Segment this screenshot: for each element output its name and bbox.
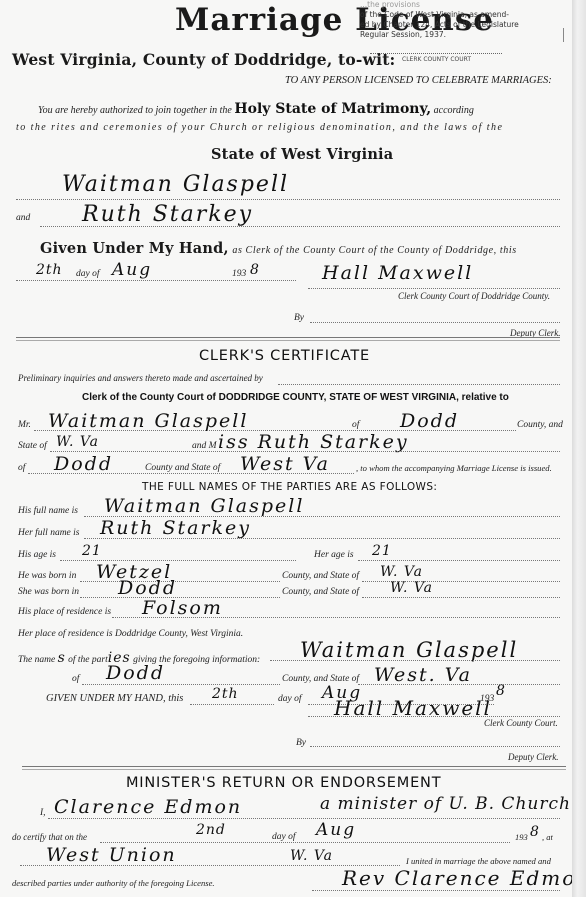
mr-state: W. Va (56, 434, 99, 450)
authority-text: described parties under authority of the… (12, 878, 215, 888)
code-notice-line: ...the provisions (360, 0, 519, 10)
informant-prefix: The name (18, 655, 55, 665)
license-day: 2th (36, 262, 63, 278)
groom-line (16, 199, 560, 200)
miss-state: West Va (240, 453, 330, 475)
minister-signature: Rev Clarence Edmon (342, 866, 586, 890)
to-whom-text: , to whom the accompanying Marriage Lice… (356, 463, 552, 473)
clerk-relative-line: Clerk of the County Court of DODDRIDGE C… (82, 392, 509, 403)
deputy-line (310, 322, 560, 323)
clerks-certificate-title: CLERK'S CERTIFICATE (199, 348, 370, 364)
of-label: of (352, 420, 359, 430)
marriage-place-state: W. Va (290, 848, 333, 864)
state-county-header: West Virginia, County of Doddridge, to-w… (12, 50, 395, 69)
preliminary-line (278, 384, 560, 385)
code-notice: ...the provisions of the Code of West Vi… (360, 0, 519, 40)
cert-day-of-label: day of (278, 694, 301, 704)
by-label: By (294, 313, 304, 323)
county-state-label: County, and State of (282, 571, 359, 581)
she-born-county: Dodd (118, 577, 177, 599)
at-label: , at (542, 832, 553, 842)
margin-mark (563, 28, 564, 42)
day-of-label: day of (76, 269, 99, 279)
county-state-label-2: County, and State of (282, 587, 359, 597)
state-name: State of West Virginia (211, 146, 393, 163)
parties-title: THE FULL NAMES OF THE PARTIES ARE AS FOL… (142, 481, 437, 493)
minister-line (48, 818, 560, 819)
informant-name: Waitman Glaspell (300, 638, 518, 662)
authorization-line-2: to the rites and ceremonies of your Chur… (16, 122, 503, 133)
minister-signature-line (312, 890, 560, 891)
clerk-signature: Hall Maxwell (322, 262, 473, 284)
minister-year: 8 (530, 824, 540, 840)
addressee: TO ANY PERSON LICENSED TO CELEBRATE MARR… (285, 75, 552, 86)
his-full-name-label: His full name is (18, 506, 78, 516)
cert-day: 2th (212, 686, 239, 702)
clerk-caption: Clerk County Court of Doddridge County. (398, 291, 550, 301)
his-residence-label: His place of residence is (18, 607, 111, 617)
minister-date-line (100, 842, 510, 843)
county-court-label: CLERK COUNTY COURT (402, 56, 471, 63)
miss-name: iss Ruth Starkey (218, 431, 409, 453)
i-label: I, (40, 808, 46, 818)
he-born-state: W. Va (380, 564, 423, 580)
informant-of-label: of (72, 674, 79, 684)
cert-clerk-line (308, 716, 560, 717)
minister-day: 2nd (196, 822, 226, 838)
code-notice-line: of the Code of West Virginia, as amend- (360, 10, 519, 20)
minister-day-of-label: day of (272, 832, 295, 842)
informant-plural-s: s (58, 650, 66, 666)
cert-year: 8 (496, 683, 506, 699)
minister-of: a minister of U. B. Church (320, 794, 571, 814)
her-age-label: Her age is (314, 550, 354, 560)
residence-line (112, 617, 560, 618)
informant-mid: of the part (68, 655, 108, 665)
her-full-name-label: Her full name is (18, 528, 79, 538)
her-name-line (84, 538, 560, 539)
of-label-2: of (18, 463, 25, 473)
cert-by-label: By (296, 738, 306, 748)
license-year: 8 (250, 262, 260, 278)
code-notice-line: ed by Chapter 124, Acts of the Legislatu… (360, 20, 519, 30)
miss-county: Dodd (54, 453, 113, 475)
marriage-license-page: Marriage License ...the provisions of th… (0, 0, 573, 897)
cert-day-line (190, 704, 274, 705)
her-residence: Her place of residence is Doddridge Coun… (18, 629, 243, 639)
she-born-label: She was born in (18, 587, 79, 597)
ministers-return-title: MINISTER'S RETURN OR ENDORSEMENT (126, 775, 441, 791)
license-month: Aug (112, 260, 152, 280)
state-line (50, 451, 560, 452)
given-bold-text: Given Under My Hand, (40, 240, 229, 257)
authorization-text: according (434, 105, 474, 116)
he-born-line (80, 581, 280, 582)
preliminary-text: Preliminary inquiries and answers theret… (18, 373, 263, 383)
cert-deputy-caption: Deputy Clerk. (508, 752, 558, 762)
date-line (16, 280, 296, 281)
minister-name: Clarence Edmon (54, 796, 242, 818)
he-born-label: He was born in (18, 571, 76, 581)
certify-label: do certify that on the (12, 832, 87, 842)
section-divider-2 (22, 766, 566, 770)
mr-name: Waitman Glaspell (48, 410, 248, 432)
informant-name-line (270, 660, 560, 661)
groom-name: Waitman Glaspell (62, 172, 289, 197)
authorization-line-1: You are hereby authorized to join togeth… (38, 101, 474, 117)
cert-deputy-line (310, 746, 560, 747)
marriage-place: West Union (46, 844, 177, 866)
she-state-line (362, 597, 560, 598)
bride-name: Ruth Starkey (82, 202, 253, 227)
his-residence: Folsom (142, 597, 223, 619)
holy-state-text: Holy State of Matrimony, (234, 101, 431, 117)
state-of-label: State of (18, 441, 47, 451)
bride-line (40, 226, 560, 227)
his-full-name: Waitman Glaspell (104, 495, 304, 517)
given-under-hand: Given Under My Hand, as Clerk of the Cou… (40, 240, 517, 258)
given-rest-text: as Clerk of the County Court of the Coun… (232, 245, 516, 256)
she-born-state: W. Va (390, 580, 433, 596)
year-prefix: 193 (232, 269, 246, 279)
mr-county: Dodd (400, 410, 459, 432)
his-age: 21 (82, 543, 102, 559)
cert-clerk-caption: Clerk County Court. (484, 718, 558, 728)
of-line (28, 473, 354, 474)
clerk-signature-line (308, 288, 560, 289)
minister-month: Aug (316, 820, 356, 840)
county-and-label: County, and (517, 420, 563, 430)
and-m-label: and M (192, 441, 217, 451)
informant-state-line (358, 684, 560, 685)
and-label: and (16, 213, 30, 223)
authorization-text: You are hereby authorized to join togeth… (38, 105, 232, 116)
page-edge (572, 0, 586, 897)
her-age-line (358, 560, 560, 561)
given-caps-label: GIVEN UNDER MY HAND, this (46, 693, 183, 704)
mr-label: Mr. (18, 420, 31, 430)
section-divider (16, 337, 560, 341)
informant-state: West. Va (374, 664, 472, 686)
informant-county-line (82, 684, 280, 685)
minister-year-prefix: 193 (515, 832, 528, 842)
his-age-label: His age is (18, 550, 56, 560)
united-text: I united in marriage the above named and (406, 856, 551, 866)
county-state-of-label: County and State of (145, 463, 220, 473)
informant-county: Dodd (106, 662, 165, 684)
code-notice-line: Regular Session, 1937. (360, 30, 519, 40)
her-age: 21 (372, 543, 392, 559)
her-full-name: Ruth Starkey (100, 517, 251, 539)
